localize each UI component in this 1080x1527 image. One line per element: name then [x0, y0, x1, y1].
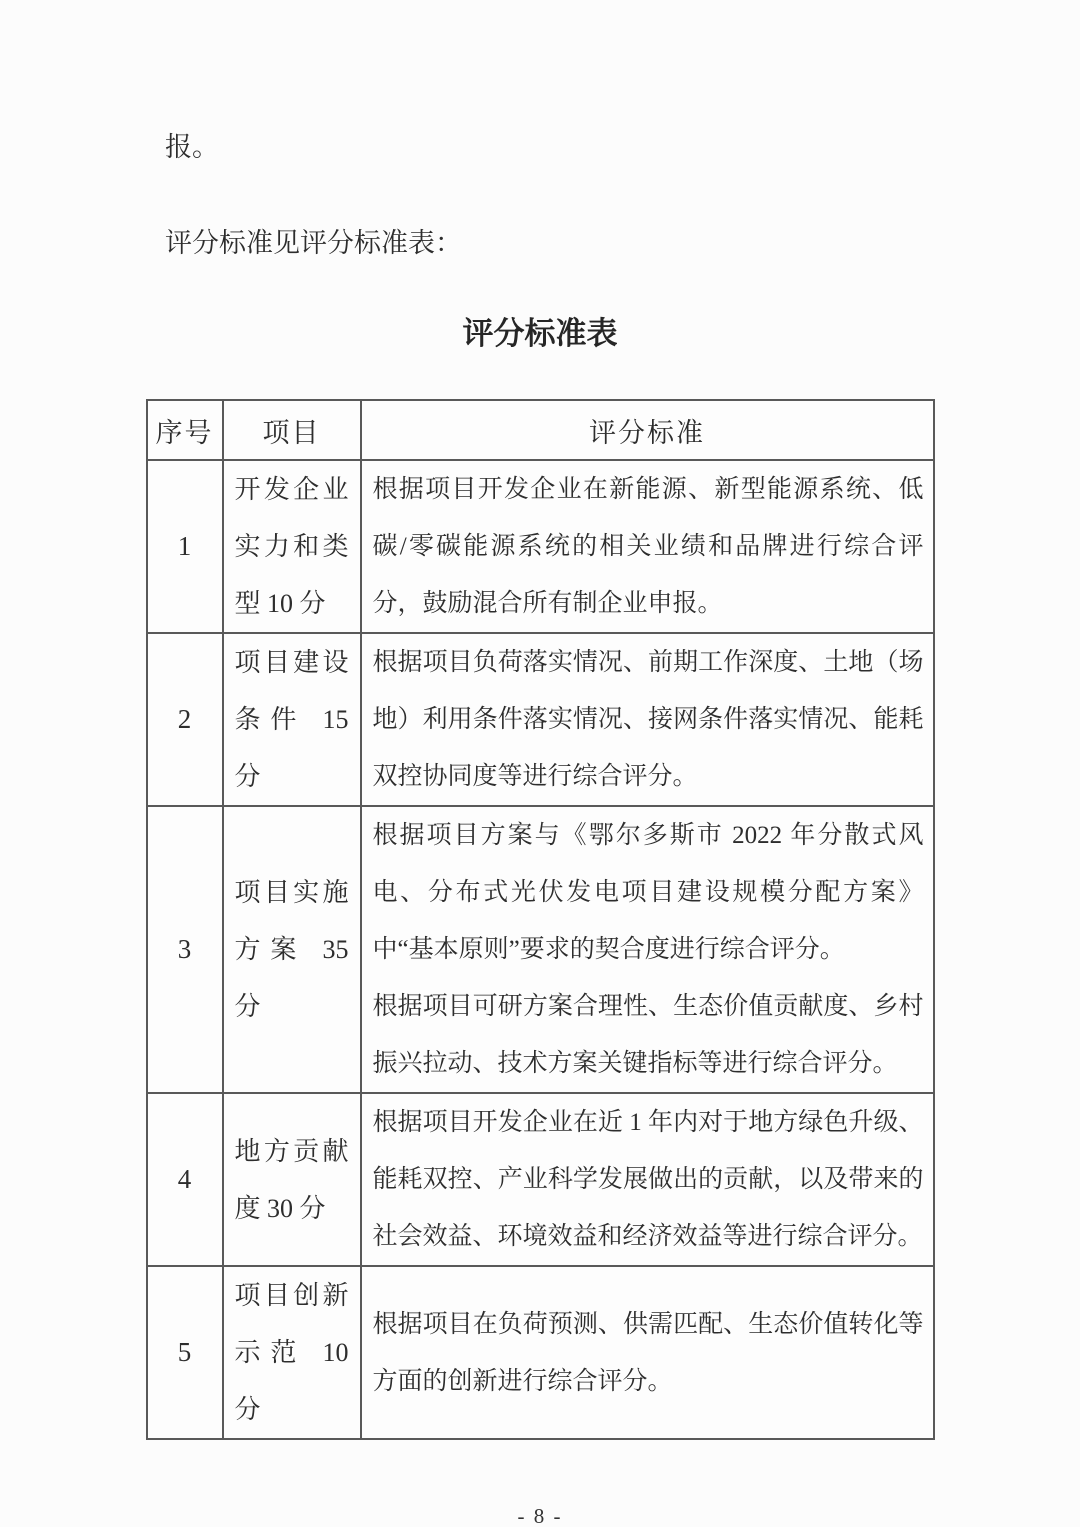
- row-number-cell: 2: [147, 633, 223, 806]
- row-number-cell: 3: [147, 806, 223, 1093]
- row-criteria-cell: 根据项目开发企业在近 1 年内对于地方绿色升级、能耗双控、产业科学发展做出的贡献…: [361, 1093, 934, 1266]
- table-row: 4 地方贡献度 30 分 根据项目开发企业在近 1 年内对于地方绿色升级、能耗双…: [147, 1093, 934, 1266]
- table-row: 1 开发企业实力和类型 10 分 根据项目开发企业在新能源、新型能源系统、低碳/…: [147, 460, 934, 633]
- row-item-cell: 地方贡献度 30 分: [223, 1093, 361, 1266]
- row-criteria-cell: 根据项目开发企业在新能源、新型能源系统、低碳/零碳能源系统的相关业绩和品牌进行综…: [361, 460, 934, 633]
- col-header-number: 序号: [147, 400, 223, 460]
- col-header-criteria: 评分标准: [361, 400, 934, 460]
- row-criteria-cell: 根据项目在负荷预测、供需匹配、生态价值转化等方面的创新进行综合评分。: [361, 1266, 934, 1439]
- table-row: 5 项目创新示范 10 分 根据项目在负荷预测、供需匹配、生态价值转化等方面的创…: [147, 1266, 934, 1439]
- row-item-cell: 开发企业实力和类型 10 分: [223, 460, 361, 633]
- scoring-table: 序号 项目 评分标准 1 开发企业实力和类型 10 分 根据项目开发企业在新能源…: [146, 399, 935, 1440]
- row-item-cell: 项目建设条件 15 分: [223, 633, 361, 806]
- table-title: 评分标准表: [0, 308, 1080, 353]
- document-page: 报。 评分标准见评分标准表： 评分标准表 序号 项目 评分标准 1 开发企业实力…: [0, 0, 1080, 1527]
- table-body: 1 开发企业实力和类型 10 分 根据项目开发企业在新能源、新型能源系统、低碳/…: [147, 460, 934, 1439]
- row-criteria-cell: 根据项目方案与《鄂尔多斯市 2022 年分散式风电、分布式光伏发电项目建设规模分…: [361, 806, 934, 1093]
- criteria-paragraph: 根据项目开发企业在新能源、新型能源系统、低碳/零碳能源系统的相关业绩和品牌进行综…: [373, 461, 924, 632]
- criteria-paragraph: 根据项目在负荷预测、供需匹配、生态价值转化等方面的创新进行综合评分。: [373, 1296, 924, 1410]
- row-criteria-cell: 根据项目负荷落实情况、前期工作深度、土地（场地）利用条件落实情况、接网条件落实情…: [361, 633, 934, 806]
- criteria-paragraph: 根据项目负荷落实情况、前期工作深度、土地（场地）利用条件落实情况、接网条件落实情…: [373, 634, 924, 805]
- table-row: 3 项目实施方案 35 分 根据项目方案与《鄂尔多斯市 2022 年分散式风电、…: [147, 806, 934, 1093]
- row-item-cell: 项目实施方案 35 分: [223, 806, 361, 1093]
- row-item-cell: 项目创新示范 10 分: [223, 1266, 361, 1439]
- criteria-paragraph: 根据项目开发企业在近 1 年内对于地方绿色升级、能耗双控、产业科学发展做出的贡献…: [373, 1094, 924, 1265]
- table-header: 序号 项目 评分标准: [147, 400, 934, 460]
- row-number-cell: 4: [147, 1093, 223, 1266]
- intro-line: 报。: [165, 130, 960, 164]
- row-number-cell: 5: [147, 1266, 223, 1439]
- page-number: - 8 -: [0, 1504, 1080, 1527]
- header-row: 序号 项目 评分标准: [147, 400, 934, 460]
- criteria-paragraph: 根据项目可研方案合理性、生态价值贡献度、乡村振兴拉动、技术方案关键指标等进行综合…: [373, 978, 924, 1092]
- col-header-item: 项目: [223, 400, 361, 460]
- lead-line: 评分标准见评分标准表：: [165, 226, 960, 260]
- criteria-paragraph: 根据项目方案与《鄂尔多斯市 2022 年分散式风电、分布式光伏发电项目建设规模分…: [373, 807, 924, 978]
- row-number-cell: 1: [147, 460, 223, 633]
- table-row: 2 项目建设条件 15 分 根据项目负荷落实情况、前期工作深度、土地（场地）利用…: [147, 633, 934, 806]
